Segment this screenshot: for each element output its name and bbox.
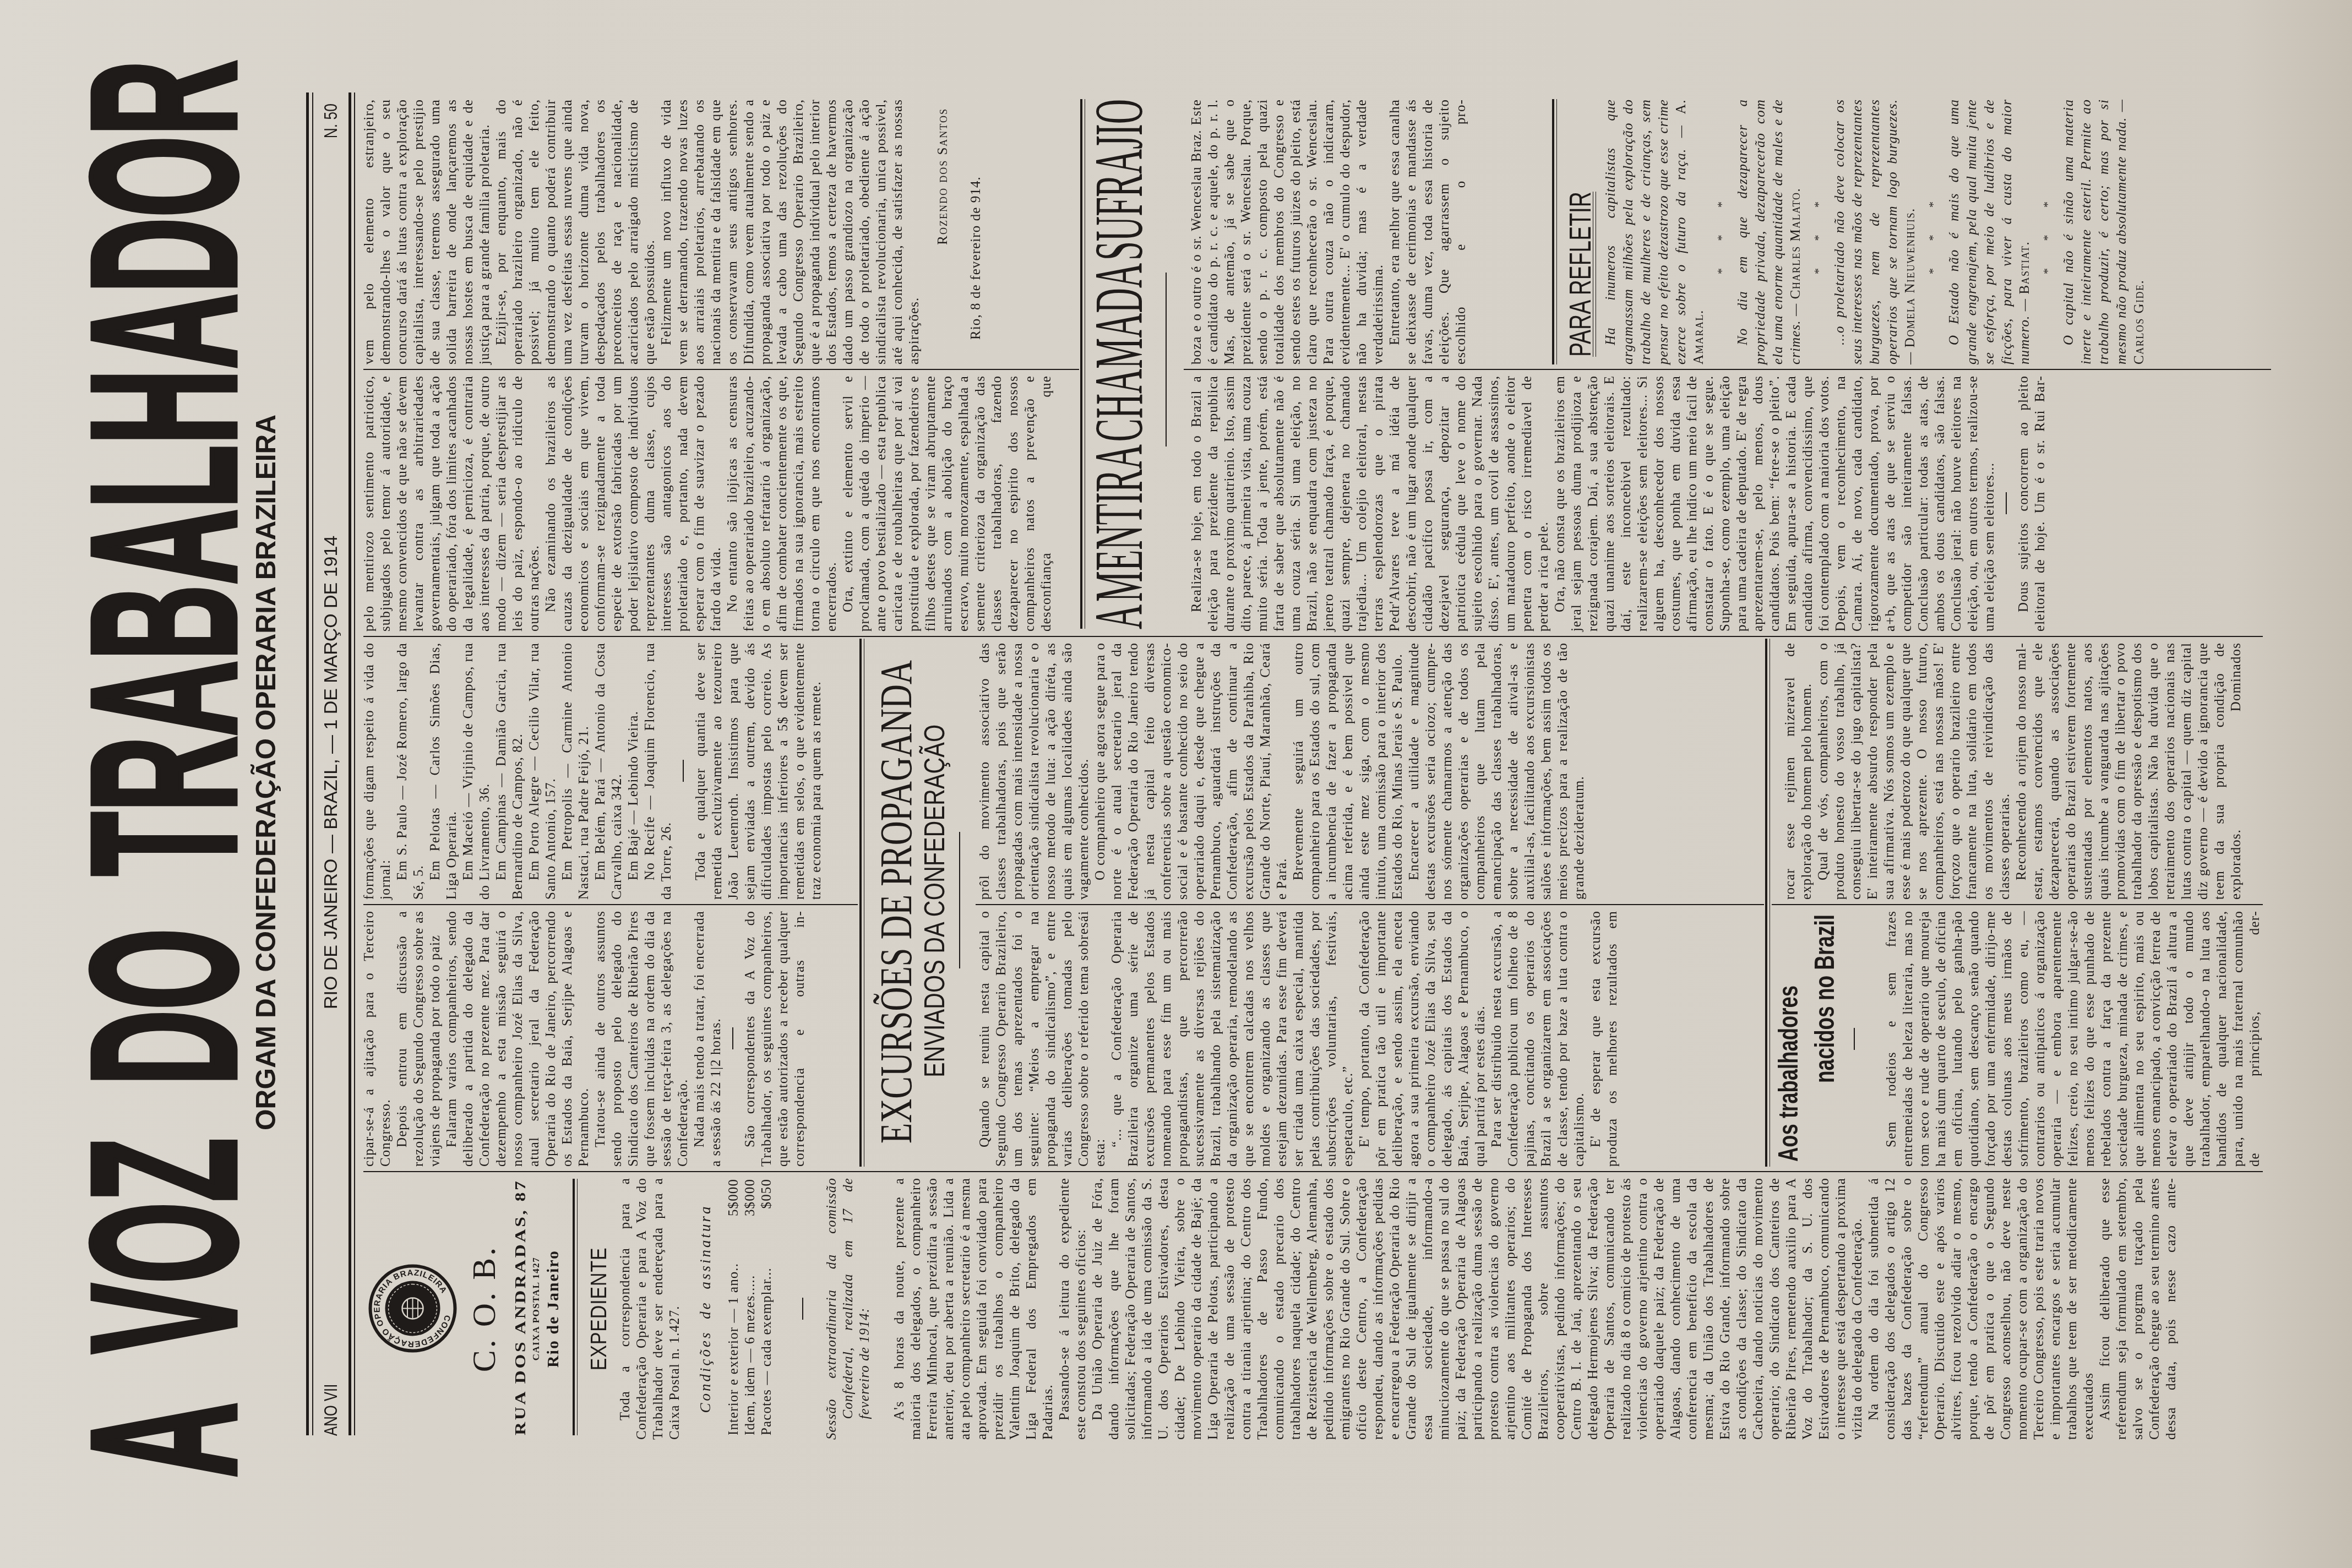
paragraph: Passando-se á leitura do expediente este… — [1057, 1178, 1090, 1440]
column-rule — [363, 904, 858, 905]
aos-trabalhadores-body-col5: vem pelo elemento estranjeiro, demonstra… — [361, 99, 984, 364]
paragraph: prôl do movimento associativo das classe… — [977, 643, 1092, 900]
cob-postal-box: CAIXA POSTAL 1427 — [531, 1178, 541, 1440]
cob-name: C. O. B. — [467, 1178, 500, 1440]
mentira-paragraphs: Realiza-se hoje, em todo o Brazil a elei… — [1189, 375, 1998, 631]
paragraph: Não ezaminando os brazileiros as cauzas … — [543, 375, 725, 631]
quote-text: Ha inumeros capitalistas que argamassam … — [1603, 99, 1689, 364]
paragraph: Entretanto, era melhor que essa canalha … — [1387, 99, 1469, 364]
masthead-title: A VOZ DO TRABALHADOR — [61, 60, 268, 1478]
volume-text: ANO VII — [322, 1384, 340, 1436]
paragraph: Encarecer a utilidade e magnitude destas… — [1406, 643, 1588, 900]
column-rule — [363, 636, 2263, 637]
correspondente-entry: Em Bajé — Lebindo Vieira. — [625, 643, 642, 900]
column-rule — [363, 1171, 2263, 1172]
separator-stars: * * * — [1714, 99, 1729, 364]
issue-text: N. 50 — [322, 104, 340, 138]
excursoes-subheadline: ENVIADOS DA CONFEDERAÇÃO — [921, 725, 949, 1077]
rate-price: 3$000 — [742, 1179, 759, 1216]
short-rule — [683, 760, 684, 782]
short-rule — [959, 832, 960, 968]
quote-author: Carlos Gide. — [2132, 280, 2147, 364]
quote-author: Charles Malato. — [1788, 188, 1803, 300]
rate-row: Idem, idem — 6 mezes.....3$000 — [742, 1179, 759, 1435]
paragraph: E' tempo, portanto, da Confederação pôr … — [1357, 911, 1489, 1167]
double-rule — [1765, 639, 1770, 1167]
paragraph: Realiza-se hoje, em todo o Brazil a elei… — [1189, 375, 1552, 631]
para-refletir-quotes: Ha inumeros capitalistas que argamassam … — [1602, 99, 2148, 364]
double-rule — [1552, 99, 1557, 364]
quote: O capital não é sinão uma materia inerte… — [2060, 99, 2148, 364]
headline-text: nacidos no Brazil — [1811, 914, 1838, 1083]
mentira-body-col5: boza e o outro é o sr. Wenceslau Braz. E… — [1189, 99, 1469, 364]
separator-stars: * * * — [1811, 99, 1826, 364]
paragraph: Quando se reuniu nesta capital o Segundo… — [977, 911, 1109, 1167]
excursoes-body-col3: prôl do movimento associativo das classe… — [977, 643, 1588, 900]
dateline-text: RIO DE JANEIRO — BRAZIL, — 1 DE MARÇO DE… — [322, 536, 340, 1009]
paragraph: Brevemente seguirá um outro companheiro … — [1291, 643, 1406, 900]
sessao-heading: Sessão extraordinaria da comissão Confed… — [824, 1178, 873, 1440]
cob-seal-logo: CONFEDERAÇÃO OPERARIA BRAZILEIRA — [368, 1264, 458, 1353]
correspondentes-list: Em S. Paulo — Jozé Romero, largo da Sé, … — [394, 643, 675, 900]
masthead-rule-thin — [312, 92, 313, 1435]
paragraph: cipar-se-á a ajitação para o Terceiro Co… — [361, 911, 394, 1167]
sessao-body-col1: A's 8 horas da noute, prezente a maioria… — [891, 1178, 2180, 1440]
paragraph: “... que a Confederação Operaria Brazile… — [1109, 911, 1357, 1167]
quote: Ha inumeros capitalistas que argamassam … — [1602, 99, 1708, 364]
expediente-text: Toda a correspondencia para a Confederaç… — [617, 1178, 683, 1440]
subscription-heading: Condições de assinatura — [698, 1178, 713, 1440]
excursoes-subheadline-text: ENVIADOS DA CONFEDERAÇÃO — [921, 725, 949, 1077]
paragraph: Depois entrou em discussão a rezolução d… — [394, 911, 444, 1167]
para-refletir-heading-text: PARA REFLETIR — [1565, 192, 1596, 357]
short-rule — [2006, 493, 2007, 515]
paragraph: Reconhecendo a orijem do nosso mal-estar… — [2013, 643, 2245, 900]
separator-stars: * * * — [2040, 99, 2055, 364]
quote-author: Bastiat. — [2017, 241, 2032, 295]
paragraph: Ora, extinto e elemento servil e proclam… — [840, 375, 1055, 631]
correspondente-entry: Em Petropolis — Carmine Antonio Nastaci,… — [559, 643, 592, 900]
paragraph: Ora, não consta que os brazileiros em je… — [1552, 375, 1998, 631]
heading-underline — [1593, 192, 1596, 357]
para-refletir-heading: PARA REFLETIR — [1565, 192, 1596, 357]
masthead-rule-thin — [354, 92, 355, 1435]
paragraph: E' de esperar que esta excursão produza … — [1588, 911, 1621, 1167]
paragraph: Toda a correspondencia para a Confederaç… — [617, 1178, 683, 1440]
paragraph: Sem rodeios e sem frazes entremeiadas de… — [1883, 911, 2263, 1167]
headline-text: Aos trabalhadores — [1774, 986, 1802, 1162]
quote-author: Domela Nieuwenhuis. — [1903, 208, 1918, 347]
remittance-note: Toda e qualquer quantia deve ser remetid… — [693, 643, 825, 900]
correspondente-entry: Em Maceió — Virjinio de Campos, rua do L… — [460, 643, 493, 900]
excursoes-body-col2: Quando se reuniu nesta capital o Segundo… — [977, 911, 1621, 1167]
mentira-headline: A MENTIRA CHAMADA SUFRAJIO — [1085, 99, 1154, 629]
paragraph: Qual de vós, companheiros, com o produto… — [1815, 643, 2013, 900]
dateline: RIO DE JANEIRO — BRAZIL, — 1 DE MARÇO DE… — [322, 536, 340, 1009]
place-date: Rio, 8 de fevereiro de 914. — [968, 99, 984, 364]
correspondente-entry: No Recife — Joaquim Florencio, rua da To… — [642, 643, 675, 900]
column-rule — [363, 369, 1079, 370]
column-rule — [1772, 904, 2263, 905]
volume-label: ANO VII — [322, 1326, 340, 1436]
masthead-subtitle: ORGAM DA CONFEDERAÇÃO OPERARIA BRAZILEIR… — [252, 415, 280, 1130]
paragraph: Ezijir-se, por enquanto, mais do operari… — [493, 99, 658, 364]
issue-number: N. 50 — [322, 104, 340, 214]
cob-city: Rio de Janeiro — [545, 1178, 562, 1440]
paragraph: Nada mais tendo a tratar, foi encerrada … — [692, 911, 725, 1167]
masthead-rule-thick — [349, 92, 351, 1435]
masthead-subtitle-text: ORGAM DA CONFEDERAÇÃO OPERARIA BRAZILEIR… — [252, 415, 280, 1130]
correspondente-entry: Em Belém, Pará — Antonio da Costa Carval… — [592, 643, 625, 900]
short-rule — [802, 1298, 803, 1320]
correspondente-entry: Em S. Paulo — Jozé Romero, largo da Sé, … — [394, 643, 427, 900]
paragraph: rocar esse rejimen mizeravel de exploraç… — [1782, 643, 1815, 900]
paragraph: vem pelo elemento estranjeiro, demonstra… — [361, 99, 493, 364]
paragraph: No entanto são ilojicas as censuras feit… — [725, 375, 840, 631]
paragraph: Na ordem do dia foi submetida á consider… — [1866, 1178, 2097, 1440]
separator-stars: * * * — [1926, 99, 1940, 364]
short-rule — [1166, 273, 1167, 447]
correspondente-entry: Em Pelotas — Carlos Simões Dias, Liga Op… — [427, 643, 460, 900]
aos-trabalhadores-paragraphs: vem pelo elemento estranjeiro, demonstra… — [361, 99, 923, 364]
correspondentes-intro-cont: formações que digam respeito á vida do j… — [361, 643, 394, 900]
paragraph: boza e o outro é o sr. Wenceslau Braz. E… — [1189, 99, 1387, 364]
quote: O Estado não é mais do que uma grande en… — [1946, 99, 2034, 364]
aos-trabalhadores-body-col2: Sem rodeios e sem frazes entremeiadas de… — [1883, 911, 2263, 1167]
quote-text: O Estado não é mais do que uma grande en… — [1947, 99, 2032, 364]
quote: No dia em que dezaparecer a propriedade … — [1734, 99, 1805, 364]
expediente-heading: EXPEDIENTE — [588, 1178, 610, 1440]
rate-price: $050 — [759, 1179, 775, 1208]
mentira-headline-text: A MENTIRA CHAMADA SUFRAJIO — [1085, 99, 1154, 629]
column-rule — [976, 904, 1764, 905]
newspaper-page: A VOZ DO TRABALHADOR ORGAM DA CONFEDERAÇ… — [0, 0, 2352, 1568]
rate-price: 5$000 — [726, 1179, 742, 1216]
paragraph: O companheiro que agora segue para o nor… — [1092, 643, 1291, 900]
paragraph: A's 8 horas da noute, prezente a maioria… — [891, 1178, 1057, 1440]
short-rule — [1854, 1028, 1855, 1050]
double-rule — [573, 1179, 578, 1435]
rate-row: Pacotes — cada exemplar...$050 — [759, 1179, 775, 1435]
aos-trabalhadores-headline-line2: nacidos no Brazil — [1811, 914, 1838, 1083]
paragraph: Para ser distribuido nesta excursão, a C… — [1489, 911, 1588, 1167]
aos-trabalhadores-body-col4: pelo mentirozo sentimento patriotico, su… — [361, 375, 1055, 631]
excursoes-headline-text: EXCURSÕES DE PROPAGANDA — [873, 660, 919, 1144]
sessao-body-col2: cipar-se-á a ajitação para o Terceiro Co… — [361, 911, 808, 1167]
correspondentes-intro: São correspondentes da A Voz do Trabalha… — [742, 911, 808, 1167]
paragraph: Assim ficou deliberado que esse referend… — [2097, 1178, 2180, 1440]
paragraph: Falaram varios companheiros, sendo delib… — [444, 911, 592, 1167]
masthead-rule-thick — [306, 92, 309, 1435]
aos-trabalhadores-headline-line1: Aos trabalhadores — [1774, 986, 1802, 1162]
rate-label: Pacotes — cada exemplar... — [759, 1267, 775, 1435]
rate-row: Interior e exterior — 1 ano..5$000 — [726, 1179, 742, 1435]
aos-trabalhadores-body-col3: rocar esse rejimen mizeravel de exploraç… — [1782, 643, 2245, 900]
short-rule — [732, 1028, 733, 1050]
rate-label: Interior e exterior — 1 ano.. — [726, 1263, 742, 1435]
quote-text: ...o proletariado não deve colocar os se… — [1832, 99, 1900, 364]
masthead-title-text: A VOZ DO TRABALHADOR — [61, 60, 268, 1478]
cob-address: RUA DOS ANDRADAS, 87 — [513, 1179, 528, 1435]
subscription-rates: Interior e exterior — 1 ano..5$000 Idem,… — [726, 1179, 775, 1435]
author-signature: Rozendo dos Santos — [935, 99, 951, 364]
correspondente-entry: Em Porto Alegre — Cecilio Vilar, rua San… — [526, 643, 559, 900]
excursoes-headline: EXCURSÕES DE PROPAGANDA — [873, 660, 919, 1144]
paragraph: Dous sujeitos concorrem ao pleito eleito… — [2016, 375, 2049, 631]
correspondente-entry: Em Campinas — Damião Garcia, rua Bernard… — [493, 643, 526, 900]
sessao-paragraphs: cipar-se-á a ajitação para o Terceiro Co… — [361, 911, 725, 1167]
mentira-body-col4: Realiza-se hoje, em todo o Brazil a elei… — [1189, 375, 2049, 631]
paragraph: pelo mentirozo sentimento patriotico, su… — [361, 375, 543, 631]
rate-label: Idem, idem — 6 mezes..... — [742, 1275, 759, 1435]
cob-address-text: RUA DOS ANDRADAS, 87 — [513, 1179, 528, 1435]
quote-text: O capital não é sinão uma materia inerte… — [2061, 99, 2129, 364]
quote: ...o proletariado não deve colocar os se… — [1831, 99, 1919, 364]
paragraph: Tratou-se ainda de outros assuntos sendo… — [592, 911, 692, 1167]
expediente-heading-text: EXPEDIENTE — [588, 1247, 610, 1370]
paragraph: Da União Operaria de Juiz de Fóra, dando… — [1090, 1178, 1866, 1440]
double-rule — [859, 639, 864, 1167]
column-rule — [1184, 369, 2271, 370]
correspondentes-section: formações que digam respeito á vida do j… — [361, 643, 825, 900]
paragraph: Felizmente um novo influxo de vida vem s… — [658, 99, 923, 364]
